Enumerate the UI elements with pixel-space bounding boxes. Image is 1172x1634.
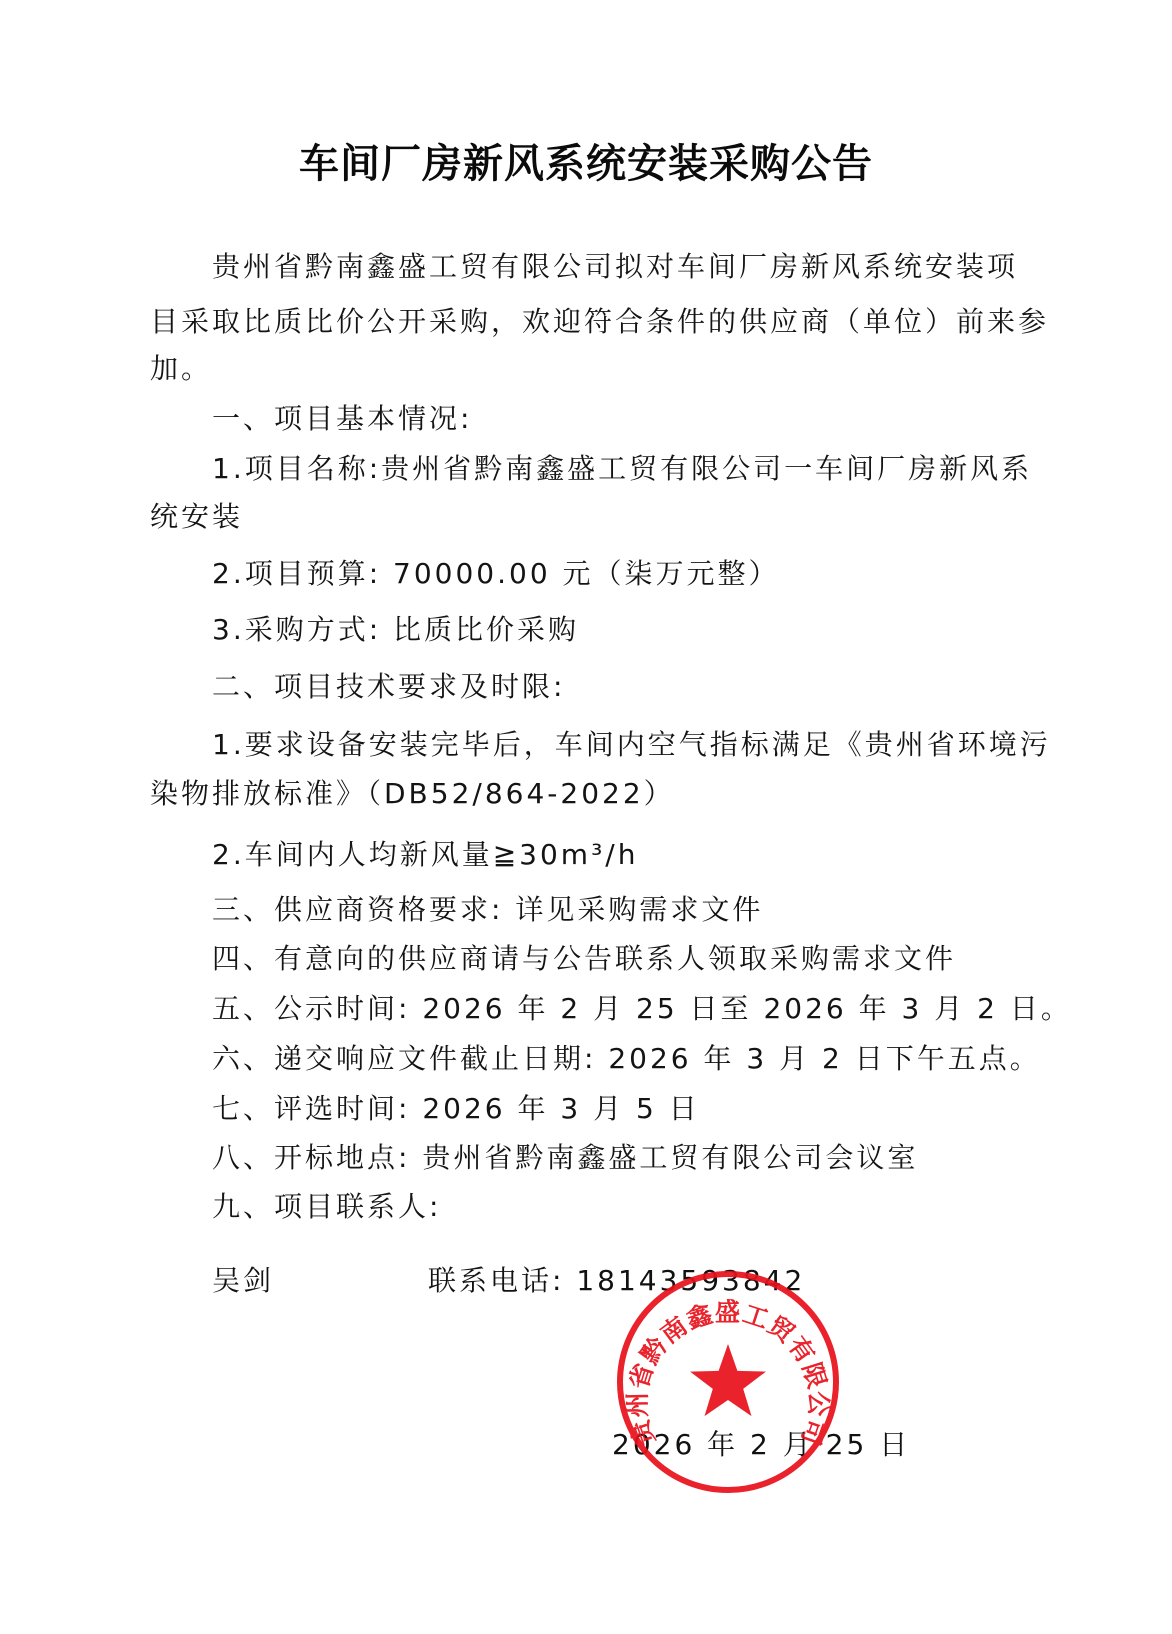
section-9-heading: 九、项目联系人:	[212, 1190, 441, 1224]
intro-line-2: 目采取比质比价公开采购，欢迎符合条件的供应商（单位）前来参	[150, 305, 1049, 339]
tech-requirement-line-1: 1.要求设备安装完毕后，车间内空气指标满足《贵州省环境污	[212, 728, 1051, 762]
section-3-supplier-qualification: 三、供应商资格要求: 详见采购需求文件	[212, 893, 763, 927]
star-icon	[690, 1344, 766, 1416]
project-budget: 2.项目预算: 70000.00 元（柒万元整）	[212, 557, 780, 591]
intro-line-1: 贵州省黔南鑫盛工贸有限公司拟对车间厂房新风系统安装项	[212, 250, 1018, 284]
intro-line-3: 加。	[150, 352, 212, 386]
project-name-line-1: 1.项目名称:贵州省黔南鑫盛工贸有限公司一车间厂房新风系	[212, 452, 1032, 486]
section-7-evaluation-date: 七、评选时间: 2026 年 3 月 5 日	[212, 1092, 700, 1126]
document-title: 车间厂房新风系统安装采购公告	[0, 132, 1172, 189]
section-5-publicity-period: 五、公示时间: 2026 年 2 月 25 日至 2026 年 3 月 2 日。	[212, 992, 1072, 1026]
section-6-submission-deadline: 六、递交响应文件截止日期: 2026 年 3 月 2 日下午五点。	[212, 1042, 1041, 1076]
section-8-bid-opening-location: 八、开标地点: 贵州省黔南鑫盛工贸有限公司会议室	[212, 1141, 918, 1175]
project-name-line-2: 统安装	[150, 500, 243, 534]
tech-requirement-line-2: 染物排放标准》（DB52/864-2022）	[150, 777, 675, 811]
section-4-document-collection: 四、有意向的供应商请与公告联系人领取采购需求文件	[212, 942, 956, 976]
section-1-heading: 一、项目基本情况:	[212, 402, 472, 436]
company-seal: 贵州省黔南鑫盛工贸有限公司	[614, 1268, 842, 1496]
procurement-method: 3.采购方式: 比质比价采购	[212, 613, 579, 647]
section-2-heading: 二、项目技术要求及时限:	[212, 670, 565, 704]
contact-name: 吴剑	[212, 1264, 274, 1298]
document-page: 车间厂房新风系统安装采购公告 贵州省黔南鑫盛工贸有限公司拟对车间厂房新风系统安装…	[0, 0, 1172, 1634]
fresh-air-requirement: 2.车间内人均新风量≧30m³/h	[212, 838, 639, 872]
